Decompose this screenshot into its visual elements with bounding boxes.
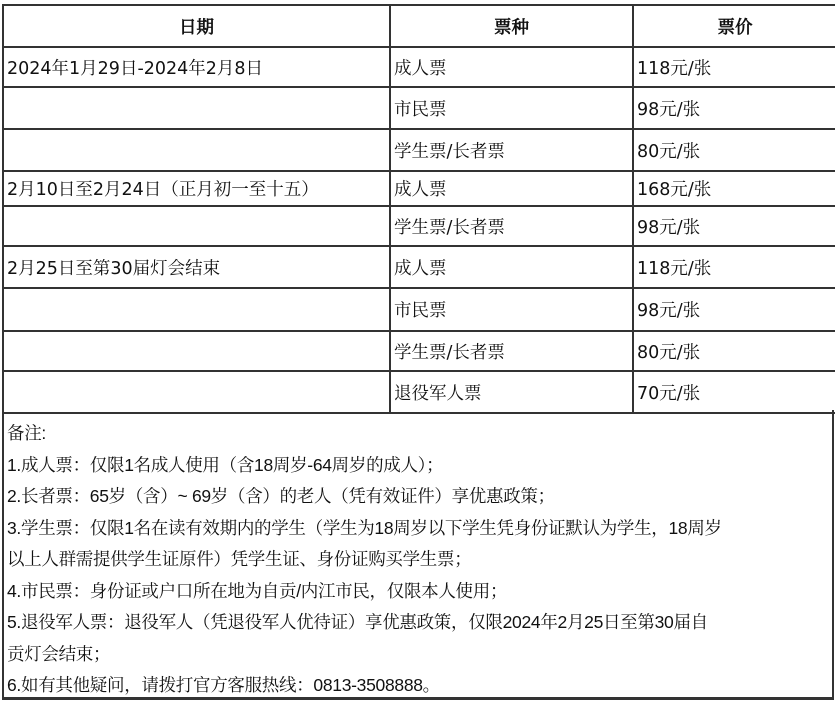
date-cell [4, 372, 391, 412]
ticket-type-cell: 学生票/长者票 [391, 332, 634, 370]
table-row: 市民票98元/张 [4, 88, 835, 130]
table-row: 2024年1月29日-2024年2月8日成人票118元/张 [4, 48, 835, 88]
ticket-type-cell: 学生票/长者票 [391, 130, 634, 170]
table-row: 学生票/长者票80元/张 [4, 332, 835, 372]
note-line: 4.市民票：身份证或户口所在地为自贡/内江市民，仅限本人使用； [7, 576, 832, 608]
note-line: 1.成人票：仅限1名成人使用（含18周岁-64周岁的成人）； [7, 450, 832, 482]
table-row: 2月10日至2月24日（正月初一至十五）成人票168元/张 [4, 172, 835, 207]
date-cell [4, 88, 391, 128]
header-date: 日期 [4, 6, 391, 46]
date-cell [4, 289, 391, 330]
table-row: 市民票98元/张 [4, 289, 835, 332]
header-price: 票价 [634, 6, 835, 46]
note-line: 2.长者票：65岁（含）~ 69岁（含）的老人（凭有效证件）享优惠政策； [7, 481, 832, 513]
notes-title: 备注: [7, 418, 832, 450]
ticket-price-table: 日期 票种 票价 2024年1月29日-2024年2月8日成人票118元/张市民… [2, 4, 835, 414]
ticket-type-cell: 市民票 [391, 289, 634, 330]
price-cell: 168元/张 [634, 172, 835, 205]
table-row: 2月25日至第30届灯会结束成人票118元/张 [4, 247, 835, 289]
header-ticket-type: 票种 [391, 6, 634, 46]
table-row: 学生票/长者票80元/张 [4, 130, 835, 172]
table-row: 退役军人票70元/张 [4, 372, 835, 414]
note-line: 6.如有其他疑问，请拨打官方客服热线：0813-3508888。 [7, 670, 832, 702]
price-cell: 118元/张 [634, 48, 835, 86]
ticket-type-cell: 退役军人票 [391, 372, 634, 412]
note-line: 以上人群需提供学生证原件）凭学生证、身份证购买学生票； [7, 544, 832, 576]
price-cell: 98元/张 [634, 289, 835, 330]
price-cell: 80元/张 [634, 130, 835, 170]
price-cell: 98元/张 [634, 88, 835, 128]
ticket-type-cell: 成人票 [391, 247, 634, 287]
ticket-type-cell: 成人票 [391, 172, 634, 205]
date-cell [4, 130, 391, 170]
ticket-type-cell: 市民票 [391, 88, 634, 128]
ticket-type-cell: 学生票/长者票 [391, 207, 634, 245]
price-cell: 98元/张 [634, 207, 835, 245]
note-line: 5.退役军人票：退役军人（凭退役军人优待证）享优惠政策，仅限2024年2月25日… [7, 607, 832, 639]
date-cell [4, 332, 391, 370]
price-cell: 70元/张 [634, 372, 835, 412]
table-header: 日期 票种 票价 [4, 6, 835, 48]
ticket-type-cell: 成人票 [391, 48, 634, 86]
date-cell: 2024年1月29日-2024年2月8日 [4, 48, 391, 86]
date-cell: 2月10日至2月24日（正月初一至十五） [4, 172, 391, 205]
notes-section: 备注: 1.成人票：仅限1名成人使用（含18周岁-64周岁的成人）；2.长者票：… [2, 410, 834, 700]
note-line: 贡灯会结束； [7, 639, 832, 671]
price-cell: 118元/张 [634, 247, 835, 287]
note-line: 3.学生票：仅限1名在读有效期内的学生（学生为18周岁以下学生凭身份证默认为学生… [7, 513, 832, 545]
date-cell: 2月25日至第30届灯会结束 [4, 247, 391, 287]
date-cell [4, 207, 391, 245]
table-row: 学生票/长者票98元/张 [4, 207, 835, 247]
price-cell: 80元/张 [634, 332, 835, 370]
